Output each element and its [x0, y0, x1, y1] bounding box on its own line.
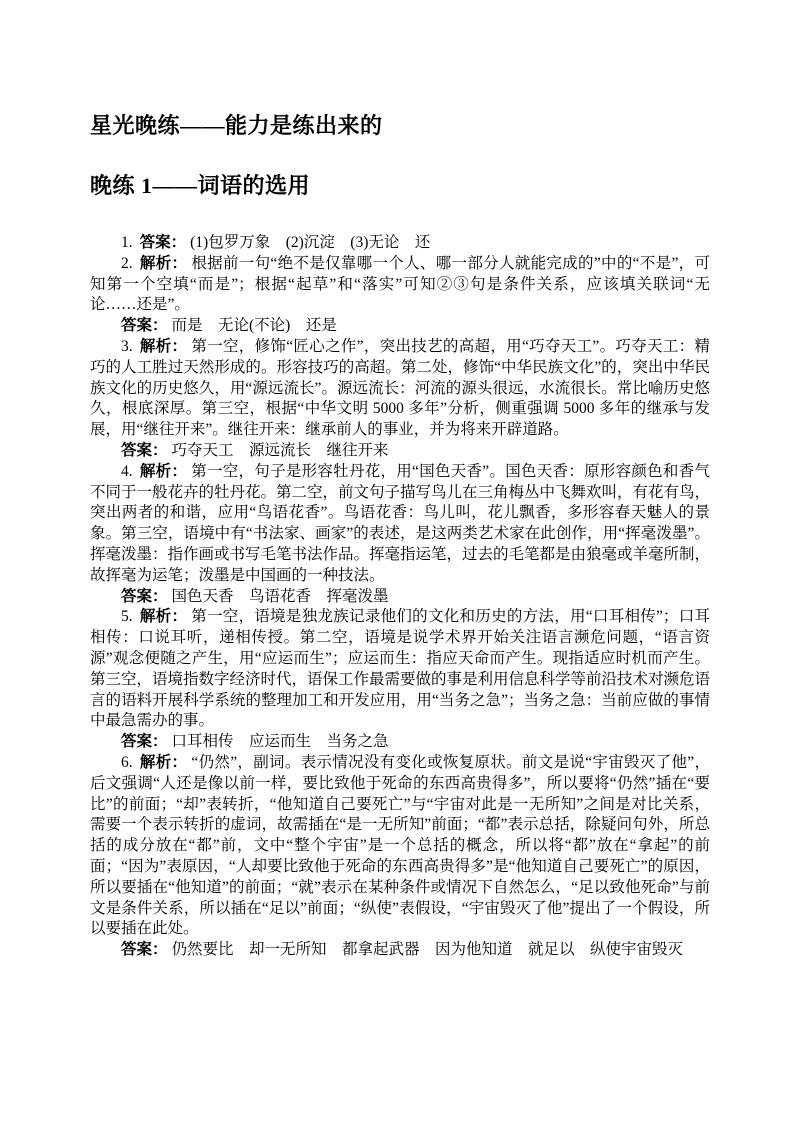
item-label: 答案： — [121, 317, 168, 334]
document-subtitle: 晚练 1——词语的选用 — [90, 172, 710, 200]
item-label: 解析： — [140, 255, 188, 272]
item-number: 5. — [121, 608, 133, 625]
item-text: 仍然要比 却一无所知 都拿起武器 因为他知道 就足以 纵使宇宙毁灭 — [172, 941, 684, 958]
item-5-analysis: 5.解析：第一空，语境是独龙族记录他们的文化和历史的方法，用“口耳相传”；口耳相… — [90, 607, 710, 732]
item-number: 6. — [121, 754, 133, 771]
item-3-answer: 答案：巧夺天工 源远流长 继往开来 — [90, 441, 710, 462]
item-1-answer: 1.答案：(1)包罗万象 (2)沉淀 (3)无论 还 — [90, 233, 710, 254]
item-label: 答案： — [121, 442, 168, 459]
item-2-answer: 答案：而是 无论(不论) 还是 — [90, 316, 710, 337]
item-label: 答案： — [121, 588, 168, 605]
item-number: 4. — [121, 463, 133, 480]
item-text: 国色天香 鸟语花香 挥毫泼墨 — [172, 588, 389, 605]
item-3-analysis: 3.解析：第一空，修饰“匠心之作”，突出技艺的高超，用“巧夺天工”。巧夺天工：精… — [90, 337, 710, 441]
item-label: 解析： — [140, 754, 188, 771]
item-label: 解析： — [140, 463, 188, 480]
item-label: 答案： — [140, 234, 187, 251]
item-text: 巧夺天工 源远流长 继往开来 — [172, 442, 389, 459]
item-label: 解析： — [140, 338, 188, 355]
item-label: 答案： — [121, 733, 168, 750]
item-text: 口耳相传 应运而生 当务之急 — [172, 733, 389, 750]
item-label: 解析： — [140, 608, 188, 625]
item-6-analysis: 6.解析：“仍然”，副词。表示情况没有变化或恢复原状。前文是说“宇宙毁灭了他”，… — [90, 753, 710, 940]
item-4-analysis: 4.解析：第一空，句子是形容牡丹花，用“国色天香”。国色天香：原形容颜色和香气不… — [90, 462, 710, 587]
item-text: 第一空，句子是形容牡丹花，用“国色天香”。国色天香：原形容颜色和香气不同于一般花… — [90, 463, 710, 584]
item-6-answer: 答案：仍然要比 却一无所知 都拿起武器 因为他知道 就足以 纵使宇宙毁灭 — [90, 940, 710, 961]
document-page: 星光晚练——能力是练出来的 晚练 1——词语的选用 1.答案：(1)包罗万象 (… — [0, 0, 793, 1122]
item-number: 3. — [121, 338, 133, 355]
item-number: 2. — [121, 255, 133, 272]
item-number: 1. — [121, 234, 133, 251]
document-title: 星光晚练——能力是练出来的 — [90, 112, 710, 140]
item-text: 而是 无论(不论) 还是 — [172, 317, 337, 334]
item-4-answer: 答案：国色天香 鸟语花香 挥毫泼墨 — [90, 587, 710, 608]
item-text: 第一空，语境是独龙族记录他们的文化和历史的方法，用“口耳相传”；口耳相传：口说耳… — [90, 608, 710, 729]
item-text: (1)包罗万象 (2)沉淀 (3)无论 还 — [190, 234, 430, 251]
item-label: 答案： — [121, 941, 168, 958]
item-text: “仍然”，副词。表示情况没有变化或恢复原状。前文是说“宇宙毁灭了他”，后文强调“… — [90, 754, 710, 937]
item-2-analysis: 2.解析：根据前一句“绝不是仅靠哪一个人、哪一部分人就能完成的”中的“不是”，可… — [90, 254, 710, 316]
item-5-answer: 答案：口耳相传 应运而生 当务之急 — [90, 732, 710, 753]
